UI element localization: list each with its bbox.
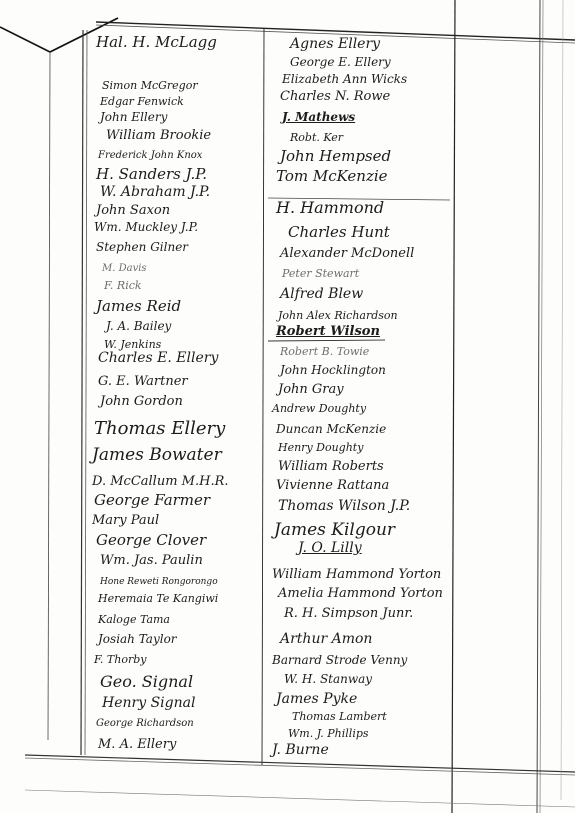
signature: John Hempsed <box>280 147 391 165</box>
signature: Hal. H. McLagg <box>96 33 217 51</box>
signature: J. Burne <box>272 742 329 758</box>
signature: Mary Paul <box>92 513 159 528</box>
signature: W. H. Stanway <box>284 672 372 686</box>
signature: John Alex Richardson <box>278 309 398 322</box>
signature: Wm. Muckley J.P. <box>94 220 198 234</box>
signature: John Gordon <box>100 394 183 409</box>
signature: John Hocklington <box>280 363 386 377</box>
signature: F. Thorby <box>94 653 146 666</box>
signature: H. Sanders J.P. <box>96 165 207 183</box>
signature: Barnard Strode Venny <box>272 653 407 667</box>
signature: George Richardson <box>96 718 194 729</box>
signature: Simon McGregor <box>102 79 198 92</box>
signature: Henry Doughty <box>278 441 363 454</box>
signature: William Hammond Yorton <box>272 567 441 582</box>
signature: H. Hammond <box>276 198 384 217</box>
signature: Thomas Ellery <box>94 418 225 439</box>
signature: Arthur Amon <box>280 631 372 647</box>
signature: Peter Stewart <box>282 267 359 280</box>
signature: George E. Ellery <box>290 55 391 69</box>
signature: Charles E. Ellery <box>98 350 218 366</box>
signature: W. Abraham J.P. <box>100 184 210 200</box>
signature: R. H. Simpson Junr. <box>284 606 413 621</box>
signature: D. McCallum M.H.R. <box>92 474 229 489</box>
signature: Robt. Ker <box>290 131 343 144</box>
signature: M. Davis <box>102 263 147 274</box>
signature: Amelia Hammond Yorton <box>278 586 443 601</box>
signature: George Clover <box>96 531 206 549</box>
signature: Robert B. Towie <box>280 345 369 358</box>
signature: Stephen Gilner <box>96 240 188 254</box>
signature: Heremaia Te Kangiwi <box>98 592 218 605</box>
signature: F. Rick <box>104 279 142 292</box>
signature: Hone Reweti Rongorongo <box>100 577 218 587</box>
signature: Andrew Doughty <box>272 402 366 415</box>
signature: Alexander McDonell <box>280 246 414 261</box>
signature: Charles Hunt <box>288 223 390 241</box>
signature: James Reid <box>96 297 181 315</box>
signature: John Ellery <box>100 110 167 124</box>
signature: Elizabeth Ann Wicks <box>282 72 407 86</box>
signature: Wm. Jas. Paulin <box>100 553 203 568</box>
signature: J. O. Lilly <box>298 540 362 556</box>
signature: Alfred Blew <box>280 286 363 302</box>
signature: J. A. Bailey <box>106 319 171 333</box>
signature: Henry Signal <box>102 695 195 711</box>
signature: Charles N. Rowe <box>280 89 390 104</box>
signature: Robert Wilson <box>276 324 380 339</box>
signature: Frederick John Knox <box>98 150 202 161</box>
signature: Kaloge Tama <box>98 613 170 626</box>
signature: Wm. J. Phillips <box>288 727 369 740</box>
signature: Thomas Wilson J.P. <box>278 498 410 514</box>
signature: James Pyke <box>276 691 357 707</box>
signature: James Kilgour <box>274 520 395 540</box>
signature: Geo. Signal <box>100 672 193 691</box>
signature: G. E. Wartner <box>98 374 188 389</box>
signature: William Brookie <box>106 128 211 143</box>
signature: John Saxon <box>96 203 170 218</box>
signature: M. A. Ellery <box>98 737 176 752</box>
signature: James Bowater <box>92 445 222 465</box>
signature: Duncan McKenzie <box>276 422 386 436</box>
signature: Vivienne Rattana <box>276 478 389 493</box>
signature: Tom McKenzie <box>276 167 388 185</box>
signature: Agnes Ellery <box>290 36 380 52</box>
signature: George Farmer <box>94 491 210 509</box>
signature: John Gray <box>278 382 344 397</box>
signature: William Roberts <box>278 459 384 474</box>
signature: Thomas Lambert <box>292 710 387 723</box>
signature: J. Mathews <box>282 110 355 124</box>
signature: Josiah Taylor <box>98 632 177 646</box>
register-page: Hal. H. McLaggSimon McGregorEdgar Fenwic… <box>0 0 575 813</box>
signature: Edgar Fenwick <box>100 95 184 108</box>
